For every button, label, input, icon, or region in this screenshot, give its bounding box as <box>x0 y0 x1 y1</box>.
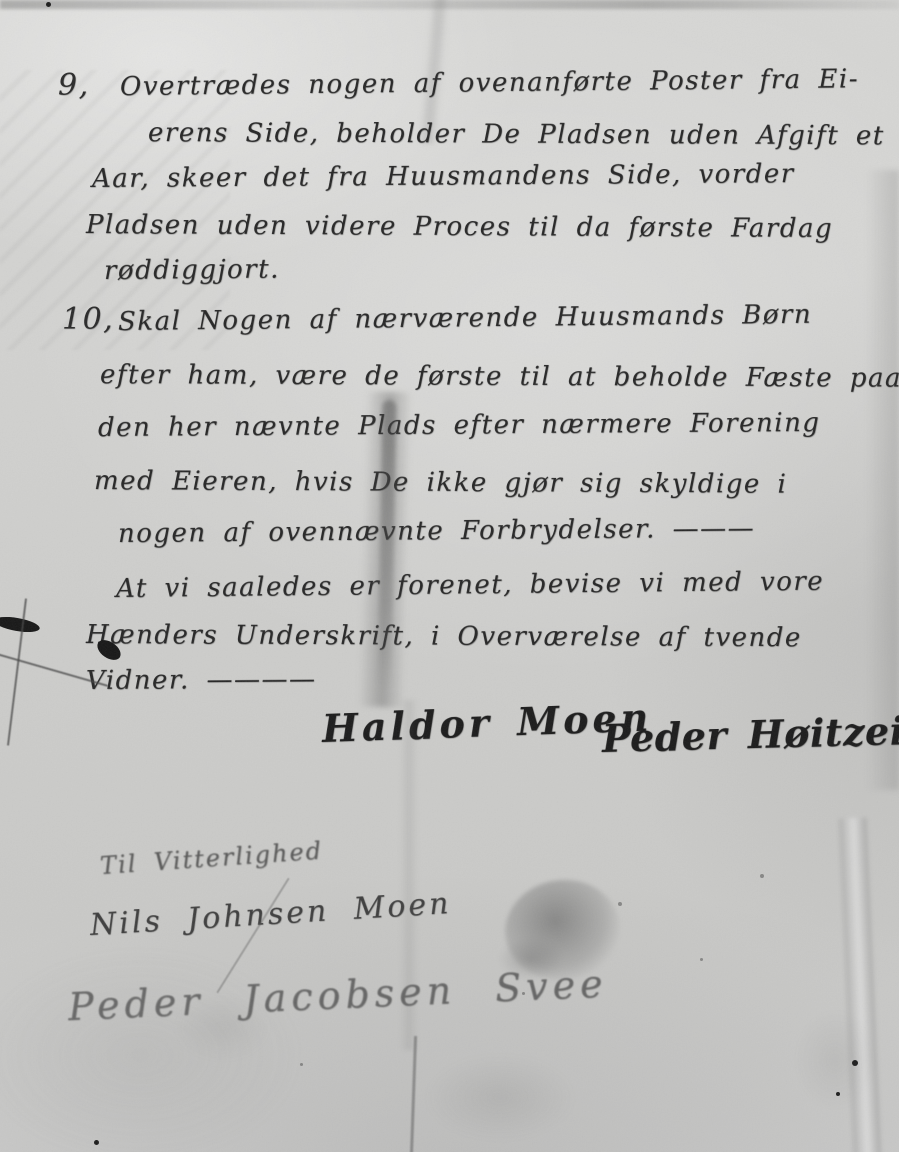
handwritten-line: Skal Nogen af nærværende Huusmands Børn <box>118 288 899 349</box>
ink-speck <box>836 1092 840 1096</box>
ink-speck <box>46 2 51 7</box>
ink-speck <box>300 1063 303 1066</box>
dark-stain-tail <box>498 938 563 980</box>
soft-stain <box>795 1010 875 1110</box>
document-page: 9, Overtrædes nogen af ovenanførte Poste… <box>0 0 899 1152</box>
ink-speck <box>522 992 525 995</box>
ink-speck <box>760 874 764 878</box>
handwritten-line: nogen af ovennævnte Forbrydelser. ——— <box>118 501 899 561</box>
witness-heading: Til Vitterlighed <box>99 836 324 880</box>
paragraph-number: 9, <box>58 68 90 103</box>
handwritten-line: røddiggjort. <box>104 241 885 294</box>
ink-speck <box>94 1140 99 1145</box>
paragraph-number: 10, <box>62 302 114 337</box>
horizontal-fold-crease <box>0 0 899 9</box>
paragraph-9: 9, Overtrædes nogen af ovenanførte Poste… <box>120 64 885 294</box>
paragraph-10: 10, Skal Nogen af nærværende Huusmands B… <box>118 296 899 561</box>
ink-speck <box>700 958 703 961</box>
vertical-fold-crease-lower <box>400 700 418 1050</box>
soft-stain <box>425 1055 575 1140</box>
signature-peder-hoitzeig: Peder Høitzeig <box>601 707 899 761</box>
witness-signature-nils-johnsen-moen: Nils Johnsen Moen <box>89 886 452 943</box>
ink-speck <box>852 1060 858 1066</box>
handwritten-line: Overtrædes nogen af ovenanførte Poster f… <box>120 56 885 110</box>
vertical-fold-crease-bottom <box>410 1036 417 1152</box>
handwritten-line: Aar, skeer det fra Huusmandens Side, vor… <box>92 150 885 202</box>
handwritten-line: Vidner. ———— <box>86 653 824 704</box>
closing-paragraph: At vi saaledes er forenet, bevise vi med… <box>116 566 824 704</box>
handwritten-line: At vi saaledes er forenet, bevise vi med… <box>116 559 825 612</box>
handwritten-line: den her nævnte Plads efter nærmere Foren… <box>98 396 899 455</box>
ink-speck <box>618 902 622 906</box>
